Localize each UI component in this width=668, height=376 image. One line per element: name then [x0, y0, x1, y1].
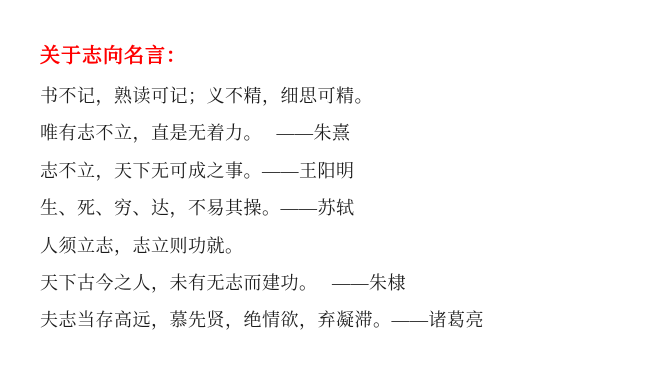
quote-line: 书不记，熟读可记；义不精，细思可精。: [40, 78, 648, 115]
document-page: 关于志向名言： 书不记，熟读可记；义不精，细思可精。 唯有志不立，直是无着力。 …: [0, 0, 668, 376]
quote-line: 人须立志，志立则功就。: [40, 228, 648, 265]
quote-line: 唯有志不立，直是无着力。 ——朱熹: [40, 115, 648, 152]
quote-line: 生、死、穷、达，不易其操。——苏轼: [40, 190, 648, 227]
document-content: 关于志向名言： 书不记，熟读可记；义不精，细思可精。 唯有志不立，直是无着力。 …: [40, 44, 648, 340]
quote-list: 书不记，熟读可记；义不精，细思可精。 唯有志不立，直是无着力。 ——朱熹 志不立…: [40, 78, 648, 340]
quote-line: 天下古今之人，未有无志而建功。 ——朱棣: [40, 265, 648, 302]
page-title: 关于志向名言：: [40, 44, 648, 68]
quote-line: 志不立，天下无可成之事。——王阳明: [40, 153, 648, 190]
quote-line: 夫志当存高远，慕先贤，绝情欲，弃凝滞。——诸葛亮: [40, 302, 648, 339]
